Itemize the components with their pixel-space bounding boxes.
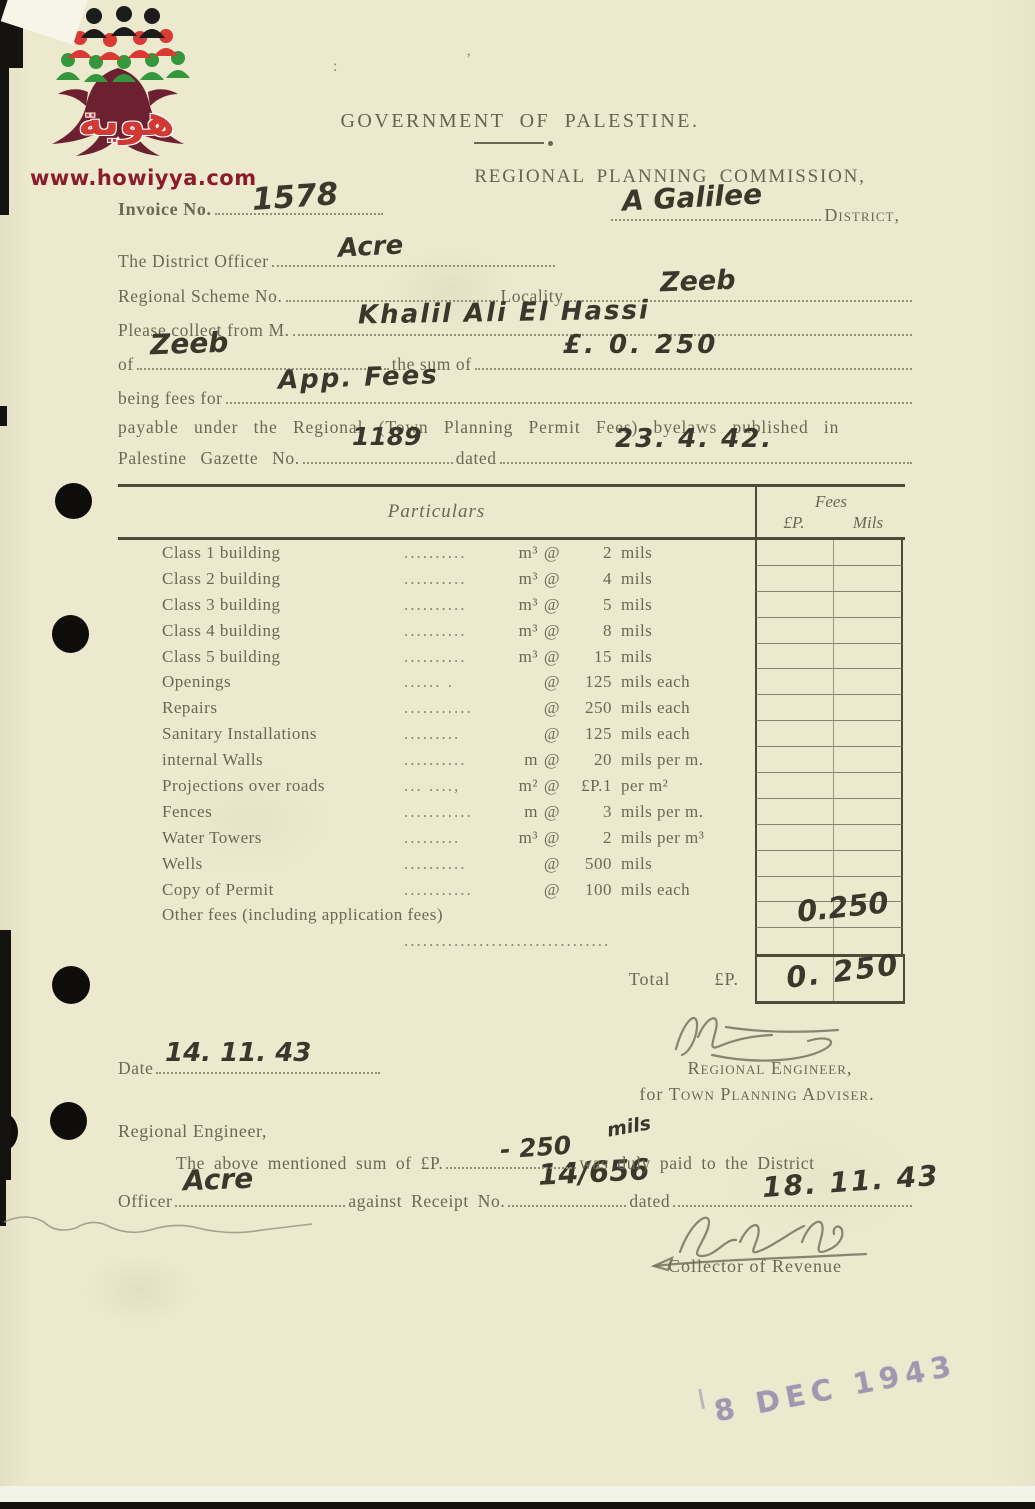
gazette-date-field <box>500 460 912 464</box>
row-label: Sanitary Installations <box>162 724 404 744</box>
table-row: Class 2 building..........m³@4mils <box>118 566 905 592</box>
fee-mils-cell <box>833 721 903 747</box>
row-leader-dots: ........... <box>404 802 504 822</box>
handwritten-district-officer: Acre <box>337 232 403 261</box>
paper-speck: : <box>333 58 337 76</box>
row-label: Projections over roads <box>162 776 404 796</box>
regional-engineer-title: Regional Engineer, <box>640 1058 900 1079</box>
row-rate-quantity: 125 <box>566 672 612 692</box>
row-unit: m² <box>504 776 538 796</box>
row-rate-quantity: 2 <box>566 543 612 563</box>
handwritten-gazette-date: 23. 4. 42. <box>615 426 773 452</box>
fee-mils-cell <box>833 825 903 851</box>
row-label: Class 2 building <box>162 569 404 589</box>
paper-speck: ‚ <box>466 42 471 60</box>
handwritten-invoice-number: 1578 <box>251 179 339 216</box>
scan-edge-shadow <box>0 930 11 1180</box>
fee-pounds-cell <box>755 669 833 695</box>
row-at-sign: @ <box>538 621 566 641</box>
table-row: Class 5 building..........m³@15mils <box>118 644 905 670</box>
punch-hole <box>52 966 90 1004</box>
fee-pounds-cell <box>755 721 833 747</box>
row-unit: m³ <box>504 828 538 848</box>
row-unit: m³ <box>504 595 538 615</box>
row-rate-quantity: 8 <box>566 621 612 641</box>
row-leader-dots: ........... <box>404 698 504 718</box>
fee-mils-cell <box>833 799 903 825</box>
row-leader-dots: ......... <box>404 724 504 744</box>
pounds-header: £P. <box>757 513 831 533</box>
handwritten-gazette-number: 1189 <box>352 424 422 449</box>
receipt-addressee: Regional Engineer, <box>118 1122 267 1140</box>
town-planning-adviser-title: Town Planning Adviser. <box>669 1084 875 1104</box>
row-rate-unit: mils per m. <box>621 750 703 770</box>
fee-pounds-cell <box>755 644 833 670</box>
row-leader-dots: .......... <box>404 750 504 770</box>
for-prefix: for <box>639 1084 663 1104</box>
table-row: Water Towers.........m³@2mils per m³ <box>118 825 905 851</box>
receipt-number-label: against Receipt No. <box>348 1193 505 1211</box>
row-unit: m³ <box>504 621 538 641</box>
row-at-sign: @ <box>538 880 566 900</box>
row-leader-dots: .......... <box>404 543 504 563</box>
row-at-sign: @ <box>538 802 566 822</box>
row-rate-unit: mils <box>621 543 652 563</box>
row-label: Copy of Permit <box>162 880 404 900</box>
row-rate-unit: mils <box>621 854 652 874</box>
fee-pounds-cell <box>755 928 833 954</box>
row-unit: m³ <box>504 647 538 667</box>
table-row: Openings...... .@125mils each <box>118 669 905 695</box>
row-label: Class 1 building <box>162 543 404 563</box>
row-rate-unit: mils each <box>621 724 690 744</box>
total-currency-label: £P. <box>714 969 739 990</box>
row-rate-unit: mils <box>621 647 652 667</box>
row-label: internal Walls <box>162 750 404 770</box>
fee-mils-cell <box>833 540 903 566</box>
handwritten-payer-name: Khalil Ali El Hassi <box>358 297 650 328</box>
row-at-sign: @ <box>538 724 566 744</box>
row-leader-dots: ... ...., <box>404 776 504 796</box>
row-unit: m³ <box>504 543 538 563</box>
row-label: Water Towers <box>162 828 404 848</box>
row-at-sign: @ <box>538 750 566 770</box>
row-unit: m³ <box>504 569 538 589</box>
fee-pounds-cell <box>755 799 833 825</box>
fees-for-label: being fees for <box>118 390 223 408</box>
handwritten-district: A Galilee <box>621 180 762 215</box>
district-officer-field <box>272 263 555 267</box>
handwritten-locality: Zeeb <box>660 267 736 297</box>
row-at-sign: @ <box>538 854 566 874</box>
row-rate-quantity: 125 <box>566 724 612 744</box>
sum-field <box>475 366 912 370</box>
paper-crease <box>0 1200 320 1236</box>
table-row: Wells..........@500mils <box>118 851 905 877</box>
row-rate-quantity: 500 <box>566 854 612 874</box>
row-rate-unit: mils per m³ <box>621 828 704 848</box>
row-at-sign: @ <box>538 776 566 796</box>
punch-hole <box>55 483 92 519</box>
row-leader-dots: .......... <box>404 595 504 615</box>
row-leader-dots: .......... <box>404 647 504 667</box>
row-rate-quantity: 250 <box>566 698 612 718</box>
fee-pounds-cell <box>755 825 833 851</box>
row-rate-quantity: 100 <box>566 880 612 900</box>
fee-mils-cell <box>833 618 903 644</box>
table-row: Sanitary Installations.........@125mils … <box>118 721 905 747</box>
government-title: GOVERNMENT OF PALESTINE. <box>280 110 760 133</box>
fee-pounds-cell <box>755 747 833 773</box>
fees-header-label: Fees <box>815 492 847 512</box>
row-label: Openings <box>162 672 404 692</box>
fee-pounds-cell <box>755 540 833 566</box>
paid-sum-field <box>446 1165 576 1169</box>
fee-mils-cell <box>833 566 903 592</box>
district-field <box>611 217 821 221</box>
row-label: Class 4 building <box>162 621 404 641</box>
table-row: Fences...........m@3mils per m. <box>118 799 905 825</box>
watermark-url: www.howiyya.com <box>30 166 257 190</box>
row-rate-quantity: 15 <box>566 647 612 667</box>
table-row: Class 4 building..........m³@8mils <box>118 618 905 644</box>
fee-mils-cell <box>833 747 903 773</box>
row-at-sign: @ <box>538 828 566 848</box>
of-label: of <box>118 356 134 374</box>
row-at-sign: @ <box>538 672 566 692</box>
particulars-header: Particulars <box>118 487 755 537</box>
row-leader-dots: .......... <box>404 621 504 641</box>
table-row: internal Walls..........m@20mils per m. <box>118 747 905 773</box>
fee-pounds-cell <box>755 566 833 592</box>
row-rate-unit: mils <box>621 595 652 615</box>
fee-pounds-cell <box>755 773 833 799</box>
scanned-document-page: هوية www.howiyya.com : ‚ GOVERNMENT OF P… <box>0 0 1035 1509</box>
date-label: Date <box>118 1060 153 1078</box>
row-rate-unit: mils per m. <box>621 802 703 822</box>
row-label: Class 3 building <box>162 595 404 615</box>
row-leader-dots: .......... <box>404 569 504 589</box>
fee-pounds-cell <box>755 695 833 721</box>
row-unit: m <box>504 750 538 770</box>
row-at-sign: @ <box>538 595 566 615</box>
row-rate-quantity: £P.1 <box>566 776 612 796</box>
row-rate-unit: mils <box>621 621 652 641</box>
fee-pounds-cell <box>755 851 833 877</box>
fees-table-header: Particulars Fees £P. Mils <box>118 484 905 540</box>
fee-mils-cell <box>833 773 903 799</box>
fee-mils-cell <box>833 592 903 618</box>
row-rate-quantity: 20 <box>566 750 612 770</box>
gazette-dated-label: dated <box>456 450 497 468</box>
row-rate-unit: mils each <box>621 698 690 718</box>
fee-pounds-cell <box>755 592 833 618</box>
fees-table-body: Class 1 building..........m³@2milsClass … <box>118 540 905 954</box>
table-row: ........................................… <box>118 928 905 954</box>
date-field <box>156 1070 380 1074</box>
row-at-sign: @ <box>538 569 566 589</box>
row-rate-unit: mils each <box>621 672 690 692</box>
table-row: Repairs...........@250mils each <box>118 695 905 721</box>
scan-bottom-edge <box>0 1502 1035 1509</box>
gazette-number-field <box>303 460 453 464</box>
row-leader-dots: ........................................… <box>404 931 608 951</box>
fee-mils-cell <box>833 644 903 670</box>
regional-scheme-label: Regional Scheme No. <box>118 288 283 306</box>
receipt-number-field <box>508 1203 626 1207</box>
row-label: Other fees (including application fees) <box>162 905 538 925</box>
receipt-line1-prefix: The above mentioned sum of £P. <box>176 1155 443 1173</box>
handwritten-of-place: Zeeb <box>150 329 229 360</box>
table-row: Copy of Permit...........@100mils each <box>118 877 905 903</box>
row-rate-quantity: 5 <box>566 595 612 615</box>
mils-header: Mils <box>831 513 905 533</box>
fee-pounds-cell <box>755 618 833 644</box>
date-received-stamp: 8 DEC 1943 <box>711 1342 992 1429</box>
row-at-sign: @ <box>538 647 566 667</box>
row-unit: m <box>504 802 538 822</box>
gazette-label: Palestine Gazette No. <box>118 450 300 468</box>
table-row: Class 3 building..........m³@5mils <box>118 592 905 618</box>
row-leader-dots: ...... . <box>404 672 504 692</box>
table-row: Projections over roads... ....,m²@£P.1pe… <box>118 773 905 799</box>
regional-engineer-signature <box>668 1005 858 1063</box>
table-row: Other fees (including application fees) <box>118 902 905 928</box>
row-rate-quantity: 3 <box>566 802 612 822</box>
row-rate-quantity: 4 <box>566 569 612 589</box>
row-label: Wells <box>162 854 404 874</box>
fees-for-field <box>226 400 912 404</box>
fee-mils-cell <box>833 851 903 877</box>
row-rate-unit: mils each <box>621 880 690 900</box>
district-officer-label: The District Officer <box>118 253 269 271</box>
scan-bottom-strip <box>0 1486 1035 1502</box>
punch-hole <box>50 1102 87 1140</box>
collector-of-revenue-title: Collector of Revenue <box>668 1256 908 1277</box>
scan-edge-mark <box>0 406 7 426</box>
row-rate-quantity: 2 <box>566 828 612 848</box>
district-label: District, <box>824 206 900 224</box>
handwritten-fees-for: App. Fees <box>278 362 440 394</box>
fee-mils-cell <box>833 669 903 695</box>
row-at-sign: @ <box>538 698 566 718</box>
fee-mils-cell <box>833 695 903 721</box>
header-divider <box>474 142 544 144</box>
row-rate-unit: per m² <box>621 776 668 796</box>
row-leader-dots: .......... <box>404 854 504 874</box>
row-label: Fences <box>162 802 404 822</box>
handwritten-sum: £. 0. 250 <box>563 332 718 358</box>
punch-hole <box>52 615 89 653</box>
row-rate-unit: mils <box>621 569 652 589</box>
invoice-number-label: Invoice No. <box>118 200 212 218</box>
handwritten-paid-sum-unit: mils <box>606 1114 653 1140</box>
fees-table: Particulars Fees £P. Mils Class 1 buildi… <box>118 484 905 1004</box>
logo-arabic-calligraphy: هوية <box>78 96 175 145</box>
table-row: Class 1 building..........m³@2mils <box>118 540 905 566</box>
total-label: Total <box>629 969 671 990</box>
fees-column-header: Fees £P. Mils <box>755 487 905 537</box>
row-at-sign: @ <box>538 543 566 563</box>
row-label: Class 5 building <box>162 647 404 667</box>
row-leader-dots: ........... <box>404 880 504 900</box>
row-label: Repairs <box>162 698 404 718</box>
row-leader-dots: ......... <box>404 828 504 848</box>
receipt-line1-suffix: was duly paid to the District <box>579 1155 814 1173</box>
